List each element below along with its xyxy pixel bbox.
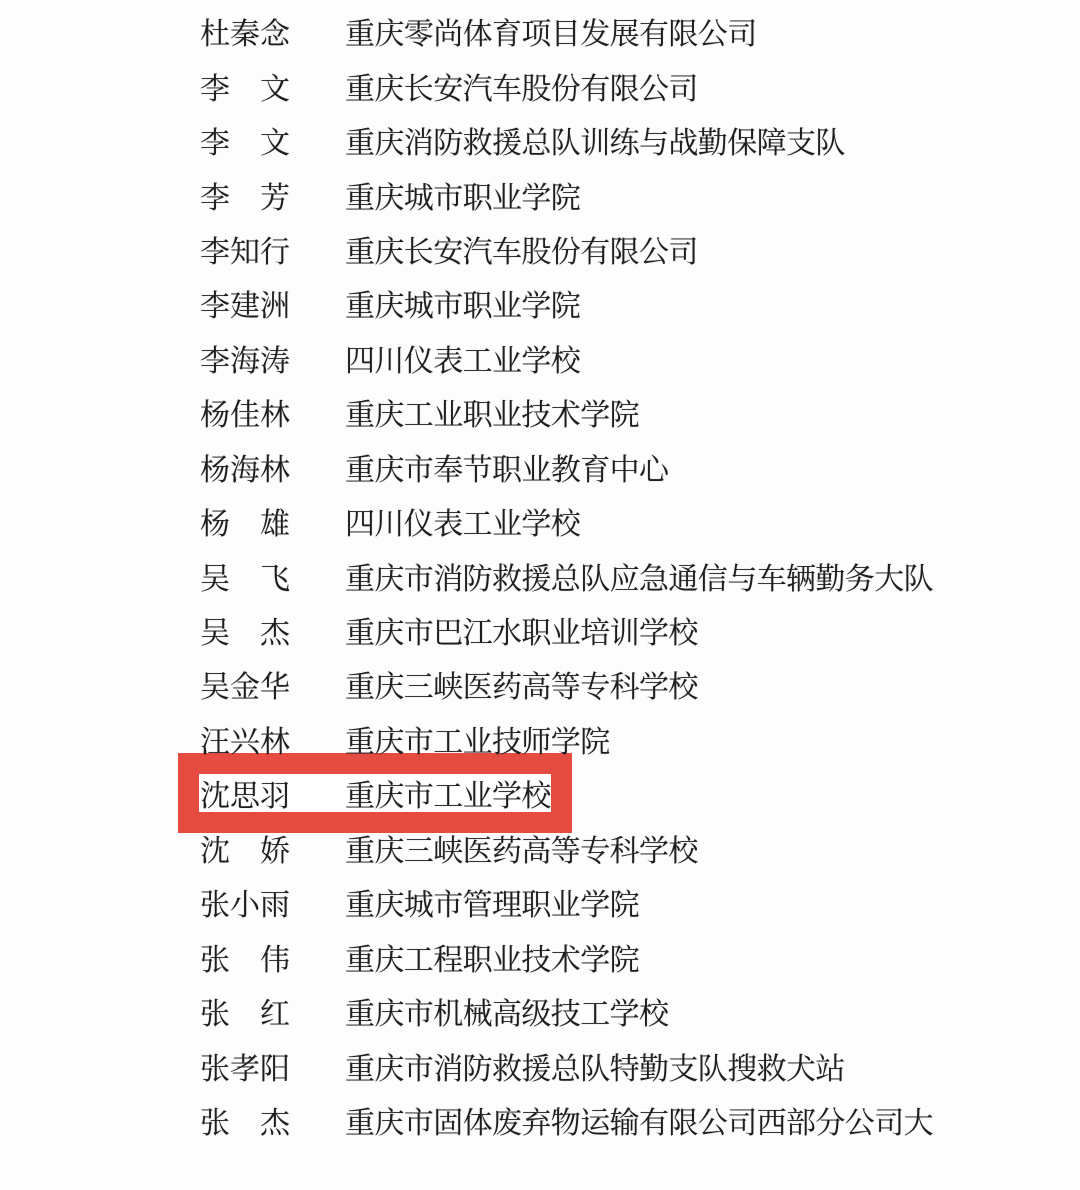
table-row: 李文 重庆消防救援总队训练与战勤保障支队 (200, 113, 933, 167)
table-row: 杨雄 四川仪表工业学校 (200, 494, 933, 548)
person-name-char: 金 (230, 662, 260, 706)
person-name-char: 李 (200, 64, 230, 108)
organization-name: 重庆市固体废弃物运输有限公司西部分公司大 (345, 1098, 933, 1142)
organization-name: 重庆工程职业技术学院 (345, 935, 639, 979)
organization-name: 重庆市奉节职业教育中心 (345, 445, 668, 489)
person-name-char: 林 (260, 717, 290, 761)
person-name: 汪兴林 (200, 717, 290, 761)
table-row: 张小雨 重庆城市管理职业学院 (200, 875, 933, 929)
person-name-char: 李 (200, 173, 230, 217)
person-name-char: 洲 (260, 281, 290, 325)
person-name-char: 林 (260, 390, 290, 434)
person-name-char: 张 (200, 1098, 230, 1142)
person-name-char: 李 (200, 118, 230, 162)
person-name-char: 兴 (230, 717, 260, 761)
person-name-char: 海 (230, 445, 260, 489)
roster-page: 杜秦念 重庆零尚体育项目发展有限公司 李文 重庆长安汽车股份有限公司 李文 重庆… (0, 0, 1080, 1190)
table-row: 杜秦念 重庆零尚体育项目发展有限公司 (200, 4, 933, 58)
organization-name: 四川仪表工业学校 (345, 336, 580, 380)
organization-name: 四川仪表工业学校 (345, 499, 580, 543)
person-name-char: 小 (230, 880, 260, 924)
organization-name: 重庆市巴江水职业培训学校 (345, 608, 698, 652)
person-name: 杜秦念 (200, 9, 290, 53)
person-name: 杨雄 (200, 499, 290, 543)
person-name-char: 秦 (230, 9, 260, 53)
person-name-char: 杜 (200, 9, 230, 53)
person-name-char: 思 (230, 771, 260, 815)
table-row: 杨海林 重庆市奉节职业教育中心 (200, 440, 933, 494)
table-row: 张孝阳 重庆市消防救援总队特勤支队搜救犬站 (200, 1038, 933, 1092)
table-row: 张杰 重庆市固体废弃物运输有限公司西部分公司大 (200, 1093, 933, 1147)
person-name: 李芳 (200, 173, 290, 217)
table-row: 吴杰 重庆市巴江水职业培训学校 (200, 603, 933, 657)
person-name-char: 孝 (230, 1044, 260, 1088)
person-name: 张伟 (200, 935, 290, 979)
person-name-char: 吴 (200, 554, 230, 598)
person-name-char: 汪 (200, 717, 230, 761)
person-name-char: 林 (260, 445, 290, 489)
person-name-char: 雄 (260, 499, 290, 543)
table-row: 李知行 重庆长安汽车股份有限公司 (200, 222, 933, 276)
person-name-char: 杨 (200, 390, 230, 434)
organization-name: 重庆市消防救援总队应急通信与车辆勤务大队 (345, 554, 933, 598)
table-row: 张红 重庆市机械高级技工学校 (200, 984, 933, 1038)
person-name-char: 李 (200, 227, 230, 271)
person-name-char: 杰 (260, 1098, 290, 1142)
person-name-char: 吴 (200, 662, 230, 706)
person-name: 张红 (200, 989, 290, 1033)
person-name-char: 行 (260, 227, 290, 271)
person-name-char: 沈 (200, 771, 230, 815)
person-name: 李知行 (200, 227, 290, 271)
organization-name: 重庆消防救援总队训练与战勤保障支队 (345, 118, 845, 162)
person-name: 吴飞 (200, 554, 290, 598)
organization-name: 重庆市工业学校 (345, 771, 551, 815)
person-name: 吴金华 (200, 662, 290, 706)
person-name: 张小雨 (200, 880, 290, 924)
table-row: 吴金华 重庆三峡医药高等专科学校 (200, 657, 933, 711)
person-name-char: 飞 (260, 554, 290, 598)
person-name-char: 佳 (230, 390, 260, 434)
table-row: 杨佳林 重庆工业职业技术学院 (200, 385, 933, 439)
person-name: 张孝阳 (200, 1044, 290, 1088)
person-name-char: 芳 (260, 173, 290, 217)
person-name-char: 吴 (200, 608, 230, 652)
organization-name: 重庆市工业技师学院 (345, 717, 610, 761)
organization-name: 重庆城市职业学院 (345, 173, 580, 217)
person-name-char: 红 (260, 989, 290, 1033)
table-row: 吴飞 重庆市消防救援总队应急通信与车辆勤务大队 (200, 548, 933, 602)
person-name: 杨佳林 (200, 390, 290, 434)
person-name-char: 张 (200, 935, 230, 979)
table-row: 李文 重庆长安汽车股份有限公司 (200, 58, 933, 112)
table-row: 李建洲 重庆城市职业学院 (200, 276, 933, 330)
person-name-char: 伟 (260, 935, 290, 979)
person-name-char: 文 (260, 64, 290, 108)
organization-name: 重庆城市职业学院 (345, 281, 580, 325)
organization-name: 重庆长安汽车股份有限公司 (345, 64, 698, 108)
person-name-char: 涛 (260, 336, 290, 380)
table-row: 张伟 重庆工程职业技术学院 (200, 929, 933, 983)
person-name-char: 知 (230, 227, 260, 271)
organization-name: 重庆三峡医药高等专科学校 (345, 662, 698, 706)
organization-name: 重庆城市管理职业学院 (345, 880, 639, 924)
table-row: 李海涛 四川仪表工业学校 (200, 331, 933, 385)
person-name-char: 沈 (200, 826, 230, 870)
organization-name: 重庆长安汽车股份有限公司 (345, 227, 698, 271)
table-row: 沈娇 重庆三峡医药高等专科学校 (200, 821, 933, 875)
organization-name: 重庆市机械高级技工学校 (345, 989, 668, 1033)
person-name-char: 杰 (260, 608, 290, 652)
person-name: 吴杰 (200, 608, 290, 652)
organization-name: 重庆三峡医药高等专科学校 (345, 826, 698, 870)
table-row: 沈思羽 重庆市工业学校 (200, 766, 933, 820)
person-name: 沈娇 (200, 826, 290, 870)
person-name-char: 羽 (260, 771, 290, 815)
award-list: 杜秦念 重庆零尚体育项目发展有限公司 李文 重庆长安汽车股份有限公司 李文 重庆… (200, 4, 933, 1147)
person-name-char: 杨 (200, 499, 230, 543)
person-name-char: 张 (200, 1044, 230, 1088)
person-name-char: 华 (260, 662, 290, 706)
person-name-char: 李 (200, 281, 230, 325)
organization-name: 重庆市消防救援总队特勤支队搜救犬站 (345, 1044, 845, 1088)
person-name-char: 文 (260, 118, 290, 162)
person-name-char: 张 (200, 989, 230, 1033)
person-name: 李建洲 (200, 281, 290, 325)
person-name-char: 雨 (260, 880, 290, 924)
person-name: 杨海林 (200, 445, 290, 489)
person-name-char: 阳 (260, 1044, 290, 1088)
person-name-char: 念 (260, 9, 290, 53)
person-name-char: 杨 (200, 445, 230, 489)
table-row: 李芳 重庆城市职业学院 (200, 167, 933, 221)
person-name: 张杰 (200, 1098, 290, 1142)
person-name-char: 海 (230, 336, 260, 380)
person-name: 李文 (200, 118, 290, 162)
person-name-char: 建 (230, 281, 260, 325)
organization-name: 重庆零尚体育项目发展有限公司 (345, 9, 757, 53)
person-name-char: 娇 (260, 826, 290, 870)
person-name: 沈思羽 (200, 771, 290, 815)
person-name-char: 李 (200, 336, 230, 380)
person-name: 李海涛 (200, 336, 290, 380)
person-name: 李文 (200, 64, 290, 108)
person-name-char: 张 (200, 880, 230, 924)
organization-name: 重庆工业职业技术学院 (345, 390, 639, 434)
